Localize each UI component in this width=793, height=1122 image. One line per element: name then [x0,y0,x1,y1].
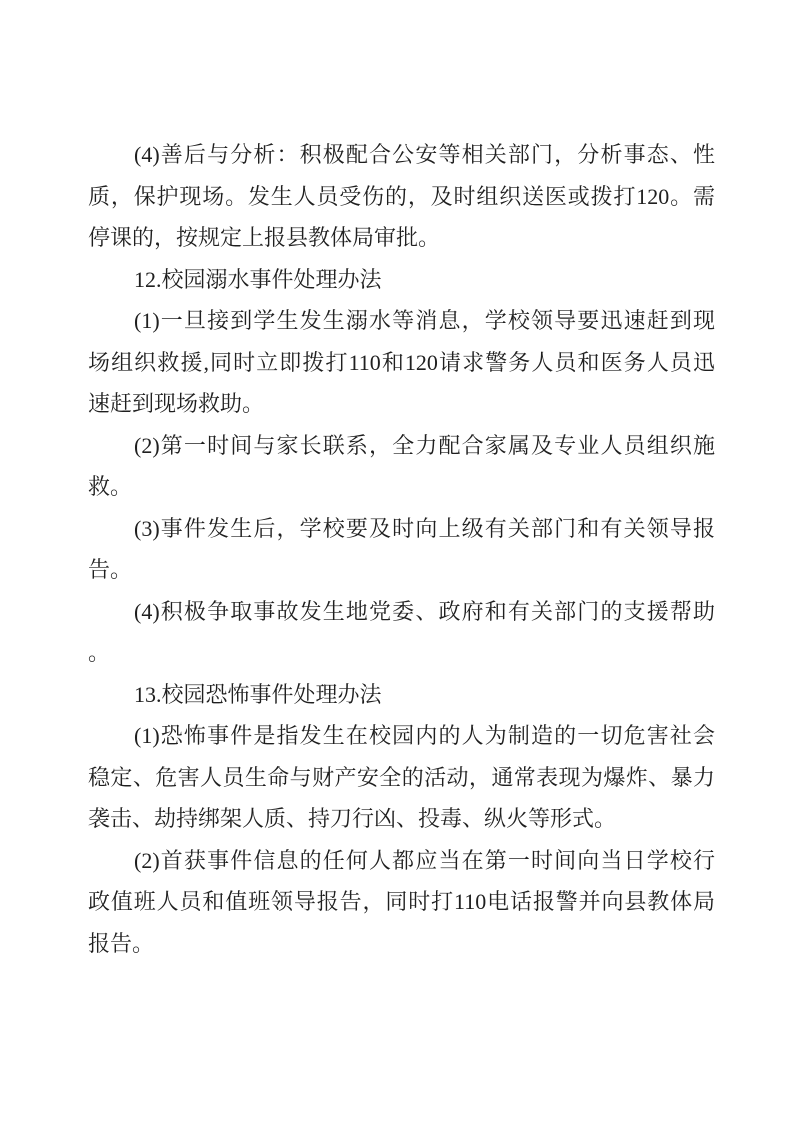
text-line: 质，保护现场。发生人员受伤的，及时组织送医或拨打120。需 [88,176,715,218]
text-line: 12.校园溺水事件处理办法 [88,259,715,301]
paragraph: (4)积极争取事故发生地党委、政府和有关部门的支援帮助。 [88,591,715,674]
document-page: (4)善后与分析：积极配合公安等相关部门，分析事态、性质，保护现场。发生人员受伤… [0,0,793,1122]
text-line: 袭击、劫持绑架人质、持刀行凶、投毒、纵火等形式。 [88,798,715,840]
text-line: 告。 [88,549,715,591]
section-heading: 13.校园恐怖事件处理办法 [88,674,715,716]
paragraph: (2)首获事件信息的任何人都应当在第一时间向当日学校行政值班人员和值班领导报告，… [88,840,715,965]
text-line: (1)一旦接到学生发生溺水等消息，学校领导要迅速赶到现 [88,300,715,342]
text-line: (4)善后与分析：积极配合公安等相关部门，分析事态、性 [88,134,715,176]
text-line: 速赶到现场救助。 [88,383,715,425]
text-line: 。 [88,632,715,674]
paragraph: (1)恐怖事件是指发生在校园内的人为制造的一切危害社会稳定、危害人员生命与财产安… [88,715,715,840]
paragraph: (3)事件发生后，学校要及时向上级有关部门和有关领导报告。 [88,508,715,591]
text-line: 停课的，按规定上报县教体局审批。 [88,217,715,259]
text-line: 政值班人员和值班领导报告，同时打110电话报警并向县教体局 [88,881,715,923]
paragraph: (1)一旦接到学生发生溺水等消息，学校领导要迅速赶到现场组织救援,同时立即拨打1… [88,300,715,425]
text-line: (2)首获事件信息的任何人都应当在第一时间向当日学校行 [88,840,715,882]
text-line: (2)第一时间与家长联系，全力配合家属及专业人员组织施 [88,425,715,467]
text-line: (4)积极争取事故发生地党委、政府和有关部门的支援帮助 [88,591,715,633]
text-line: 报告。 [88,923,715,965]
text-line: 13.校园恐怖事件处理办法 [88,674,715,716]
paragraph: (2)第一时间与家长联系，全力配合家属及专业人员组织施救。 [88,425,715,508]
text-line: (3)事件发生后，学校要及时向上级有关部门和有关领导报 [88,508,715,550]
text-line: 救。 [88,466,715,508]
text-line: 场组织救援,同时立即拨打110和120请求警务人员和医务人员迅 [88,342,715,384]
section-heading: 12.校园溺水事件处理办法 [88,259,715,301]
text-line: 稳定、危害人员生命与财产安全的活动，通常表现为爆炸、暴力 [88,757,715,799]
text-line: (1)恐怖事件是指发生在校园内的人为制造的一切危害社会 [88,715,715,757]
document-body: (4)善后与分析：积极配合公安等相关部门，分析事态、性质，保护现场。发生人员受伤… [88,134,715,964]
paragraph: (4)善后与分析：积极配合公安等相关部门，分析事态、性质，保护现场。发生人员受伤… [88,134,715,259]
